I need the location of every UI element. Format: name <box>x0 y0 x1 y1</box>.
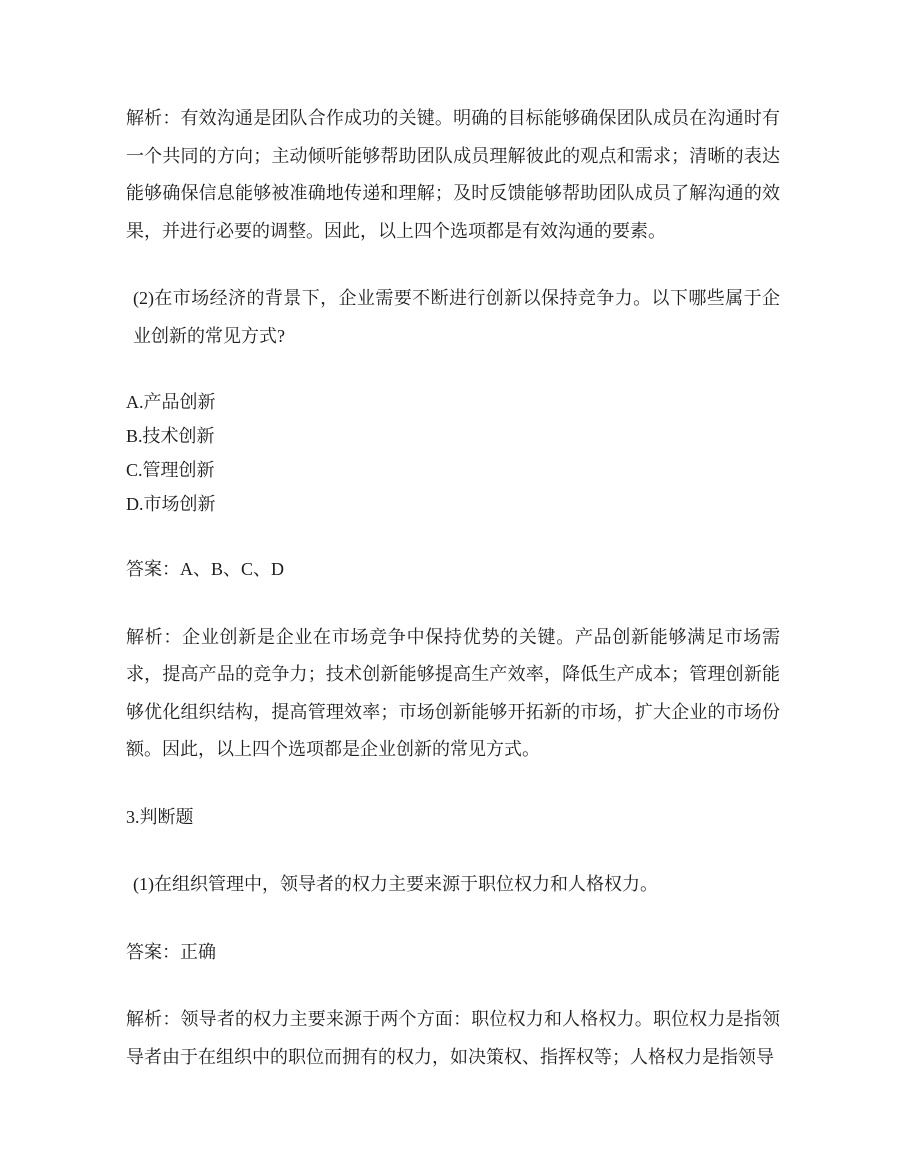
question-2-text: (2)在市场经济的背景下，企业需要不断进行创新以保持竞争力。以下哪些属于企业创新… <box>126 280 780 355</box>
answer-line-q3-1: 答案：正确 <box>126 934 780 972</box>
document-page: 解析：有效沟通是团队合作成功的关键。明确的目标能够确保团队成员在沟通时有一个共同… <box>0 0 906 1174</box>
option-a: A.产品创新 <box>126 385 780 419</box>
option-b: B.技术创新 <box>126 419 780 453</box>
option-c: C.管理创新 <box>126 453 780 487</box>
answer-line-q2: 答案：A、B、C、D <box>126 551 780 589</box>
section-3-heading: 3.判断题 <box>126 799 780 837</box>
analysis-paragraph-q1: 解析：有效沟通是团队合作成功的关键。明确的目标能够确保团队成员在沟通时有一个共同… <box>126 100 780 250</box>
question-2-options: A.产品创新 B.技术创新 C.管理创新 D.市场创新 <box>126 385 780 521</box>
option-d: D.市场创新 <box>126 487 780 521</box>
analysis-paragraph-q3-1: 解析：领导者的权力主要来源于两个方面：职位权力和人格权力。职位权力是指领导者由于… <box>126 1001 780 1076</box>
analysis-paragraph-q2: 解析：企业创新是企业在市场竞争中保持优势的关键。产品创新能够满足市场需求，提高产… <box>126 619 780 769</box>
question-3-1-text: (1)在组织管理中，领导者的权力主要来源于职位权力和人格权力。 <box>126 866 780 904</box>
